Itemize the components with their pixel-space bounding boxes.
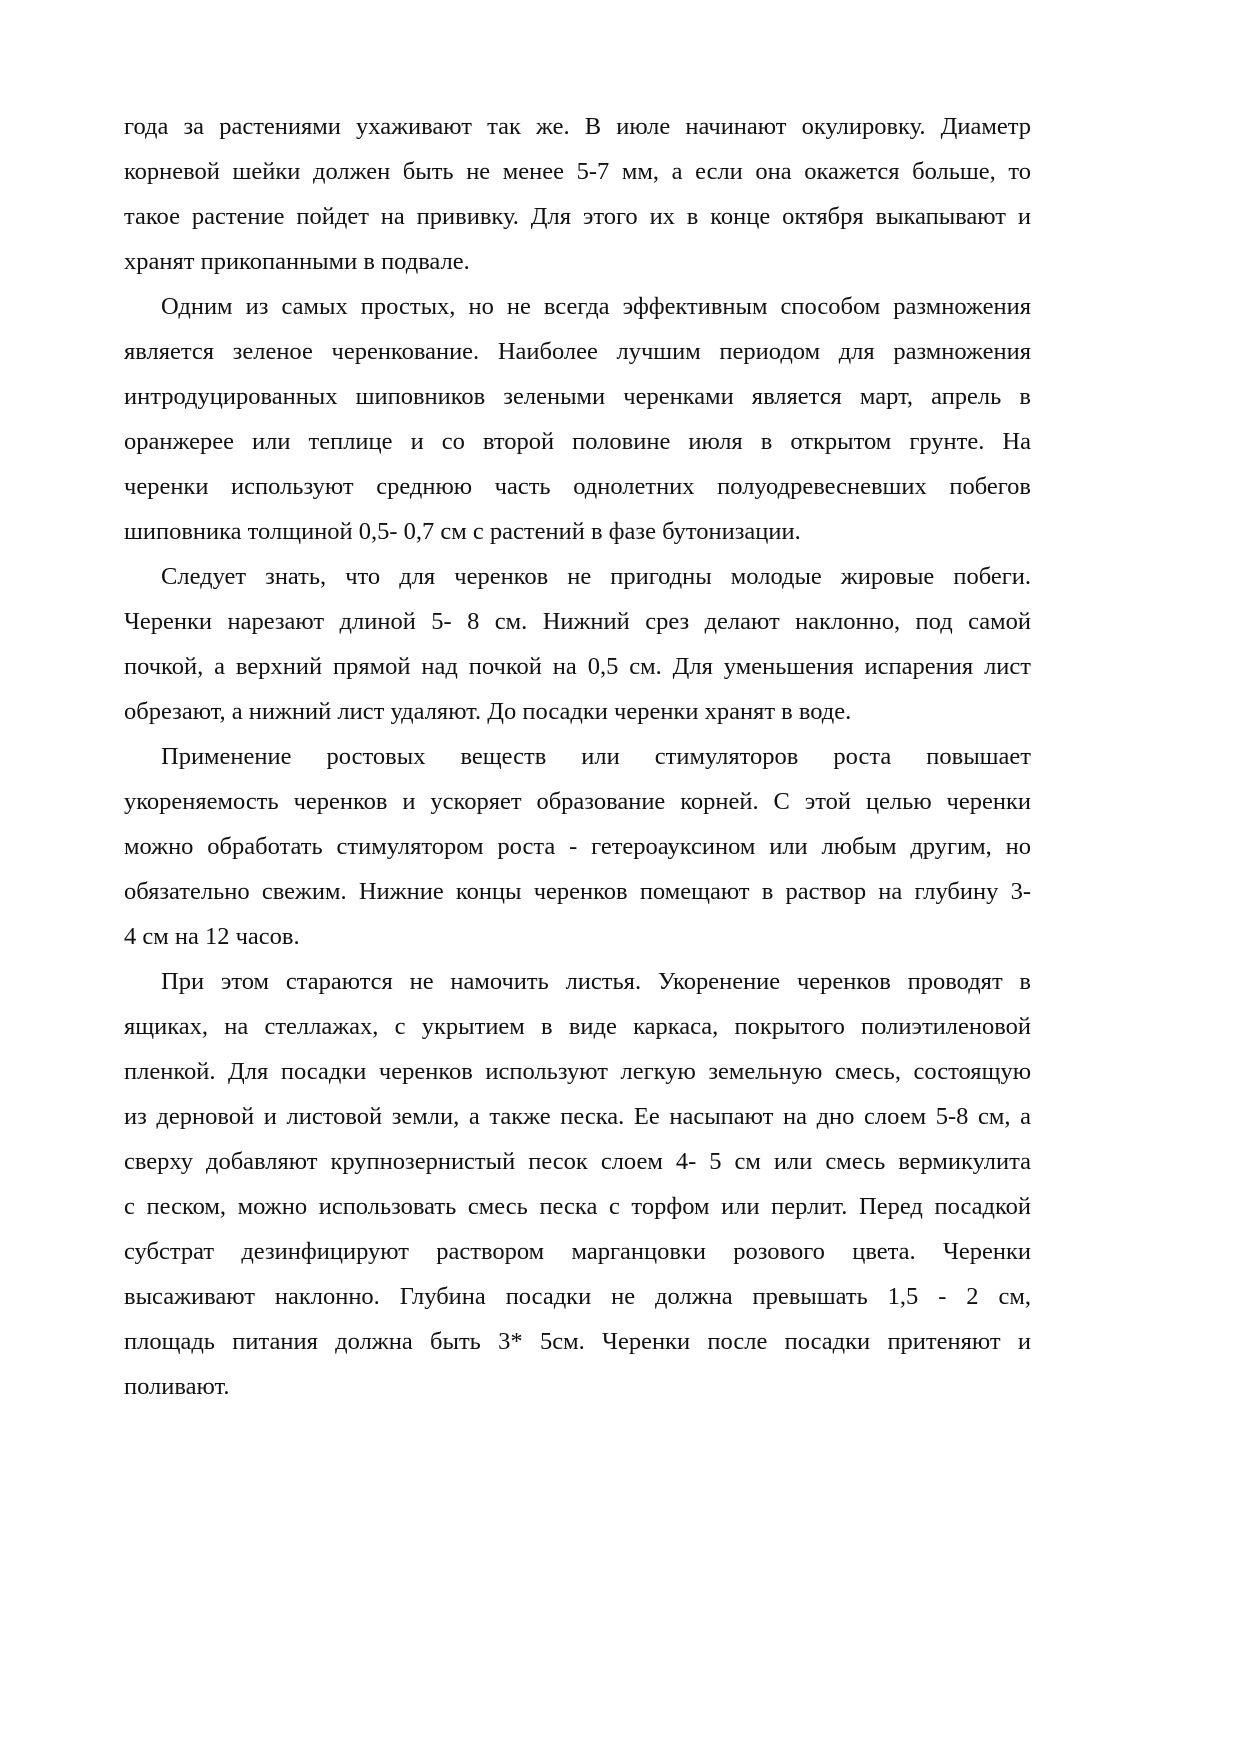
- paragraph-2: Одним из самых простых, но не всегда эфф…: [124, 284, 1031, 554]
- paragraph-3: Следует знать, что для черенков не приго…: [124, 554, 1031, 734]
- text-line: обрезают, а нижний лист удаляют. До поса…: [124, 689, 1031, 734]
- paragraph-1: года за растениями ухаживают так же. В и…: [124, 104, 1031, 284]
- text-line: года за растениями ухаживают так же. В и…: [124, 104, 1031, 149]
- text-line: такое растение пойдет на прививку. Для э…: [124, 194, 1031, 239]
- paragraph-4: Применение ростовых веществ или стимулят…: [124, 734, 1031, 959]
- text-line: интродуцированных шиповников зелеными че…: [124, 374, 1031, 419]
- text-line: оранжерее или теплице и со второй полови…: [124, 419, 1031, 464]
- text-line: поливают.: [124, 1364, 1031, 1409]
- text-line: является зеленое черенкование. Наиболее …: [124, 329, 1031, 374]
- text-line: шиповника толщиной 0,5- 0,7 см с растени…: [124, 509, 1031, 554]
- text-line: площадь питания должна быть 3* 5см. Чере…: [124, 1319, 1031, 1364]
- text-line: хранят прикопанными в подвале.: [124, 239, 1031, 284]
- text-line: Следует знать, что для черенков не приго…: [124, 554, 1031, 599]
- text-line: можно обработать стимулятором роста - ге…: [124, 824, 1031, 869]
- text-line: почкой, а верхний прямой над почкой на 0…: [124, 644, 1031, 689]
- text-line: При этом стараются не намочить листья. У…: [124, 959, 1031, 1004]
- text-line: корневой шейки должен быть не менее 5-7 …: [124, 149, 1031, 194]
- text-line: ящиках, на стеллажах, с укрытием в виде …: [124, 1004, 1031, 1049]
- text-line: высаживают наклонно. Глубина посадки не …: [124, 1274, 1031, 1319]
- text-line: черенки используют среднюю часть однолет…: [124, 464, 1031, 509]
- text-line: из дерновой и листовой земли, а также пе…: [124, 1094, 1031, 1139]
- text-line: Одним из самых простых, но не всегда эфф…: [124, 284, 1031, 329]
- text-line: Применение ростовых веществ или стимулят…: [124, 734, 1031, 779]
- paragraph-5: При этом стараются не намочить листья. У…: [124, 959, 1031, 1409]
- text-line: Черенки нарезают длиной 5- 8 см. Нижний …: [124, 599, 1031, 644]
- text-line: обязательно свежим. Нижние концы черенко…: [124, 869, 1031, 914]
- document-page: года за растениями ухаживают так же. В и…: [124, 104, 1031, 1409]
- text-line: укореняемость черенков и ускоряет образо…: [124, 779, 1031, 824]
- text-line: сверху добавляют крупнозернистый песок с…: [124, 1139, 1031, 1184]
- text-line: пленкой. Для посадки черенков используют…: [124, 1049, 1031, 1094]
- text-line: с песком, можно использовать смесь песка…: [124, 1184, 1031, 1229]
- text-line: субстрат дезинфицируют раствором марганц…: [124, 1229, 1031, 1274]
- text-line: 4 см на 12 часов.: [124, 914, 1031, 959]
